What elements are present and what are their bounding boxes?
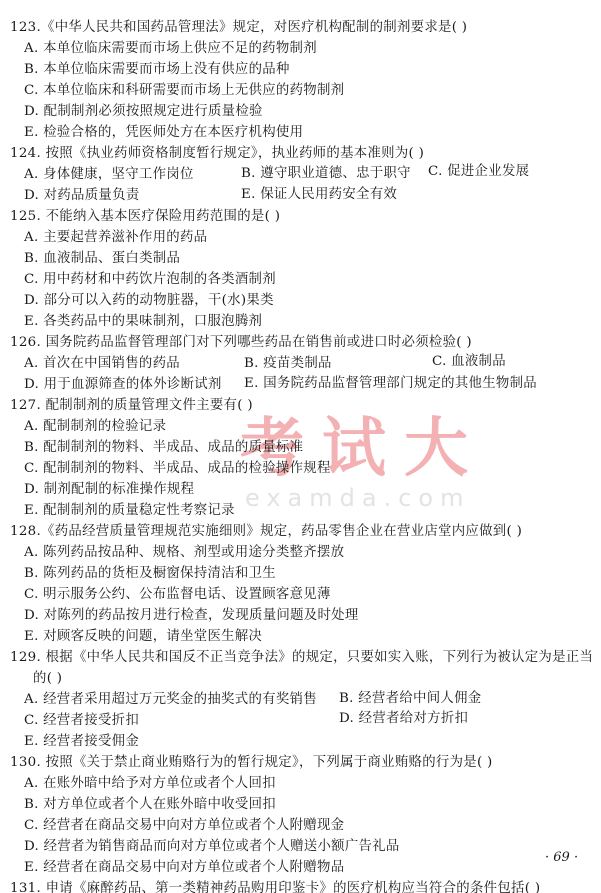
question-128-option-c: C. 明示服务公约、公布监督电话、设置顾客意见薄	[24, 584, 331, 605]
question-123-option-e: E. 检验合格的，凭医师处方在本医疗机构使用	[24, 122, 303, 143]
question-131-stem: 131. 申请《麻醉药品、第一类精神药品购用印鉴卡》的医疗机构应当符合的条件包括…	[10, 878, 540, 893]
question-130-stem: 130. 按照《关于禁止商业贿赂行为的暂行规定》，下列属于商业贿赂的行为是( )	[10, 752, 493, 773]
question-130-option-b: B. 对方单位或者个人在账外暗中收受回扣	[24, 794, 276, 815]
question-128-option-e: E. 对顾客反映的问题，请坐堂医生解决	[24, 626, 262, 647]
question-126-stem: 126. 国务院药品监督管理部门对下列哪些药品在销售前或进口时必须检验( )	[10, 332, 472, 353]
question-128-option-d: D. 对陈列的药品按月进行检查，发现质量问题及时处理	[24, 605, 359, 626]
question-126-option-e: E. 国务院药品监督管理部门规定的其他生物制品	[244, 373, 537, 394]
question-123-option-a: A. 本单位临床需要而市场上供应不足的药物制剂	[24, 38, 317, 59]
question-123-option-b: B. 本单位临床需要而市场上没有供应的品种	[24, 59, 290, 80]
question-125-option-d: D. 部分可以入药的动物脏器，干(水)果类	[24, 290, 274, 311]
question-127-option-c: C. 配制制剂的物料、半成品、成品的检验操作规程	[24, 458, 331, 479]
question-124-option-c: C. 促进企业发展	[428, 161, 529, 182]
question-129-option-e: E. 经营者接受佣金	[24, 731, 139, 752]
question-124-option-a: A. 身体健康，坚守工作岗位	[24, 164, 194, 185]
question-126-option-b: B. 疫苗类制品	[244, 353, 332, 374]
question-125-option-b: B. 血液制品、蛋白类制品	[24, 248, 180, 269]
question-129-option-b: B. 经营者给中间人佣金	[339, 688, 481, 709]
question-124-option-d: D. 对药品质量负责	[24, 185, 140, 206]
document-page: 考试大 examda.com 123.《中华人民共和国药品管理法》规定，对医疗机…	[0, 0, 601, 893]
question-126-option-c: C. 血液制品	[432, 351, 506, 372]
question-124-option-e: E. 保证人民用药安全有效	[241, 184, 397, 205]
question-129-stem-continued: 的( )	[33, 668, 62, 689]
question-128-option-b: B. 陈列药品的货柜及橱窗保持清洁和卫生	[24, 563, 276, 584]
question-129-option-a: A. 经营者采用超过万元奖金的抽奖式的有奖销售	[24, 689, 317, 710]
question-127-option-d: D. 制剂配制的标准操作规程	[24, 479, 194, 500]
question-129-option-c: C. 经营者接受折扣	[24, 710, 139, 731]
question-125-stem: 125. 不能纳入基本医疗保险用药范围的是( )	[10, 206, 280, 227]
question-130-option-d: D. 经营者为销售商品而向对方单位或者个人赠送小额广告礼品	[24, 836, 400, 857]
question-130-option-c: C. 经营者在商品交易中向对方单位或者个人附赠现金	[24, 815, 344, 836]
question-127-option-e: E. 配制制剂的质量稳定性考察记录	[24, 500, 235, 521]
question-123-option-d: D. 配制制剂必须按照规定进行质量检验	[24, 101, 263, 122]
question-127-option-a: A. 配制制剂的检验记录	[24, 416, 166, 437]
question-124-stem: 124. 按照《执业药师资格制度暂行规定》，执业药师的基本准则为( )	[10, 143, 424, 164]
question-129-stem: 129. 根据《中华人民共和国反不正当竞争法》的规定，只要如实入账，下列行为被认…	[10, 647, 593, 668]
question-list: 123.《中华人民共和国药品管理法》规定，对医疗机构配制的制剂要求是( ) A.…	[0, 0, 601, 893]
question-128-option-a: A. 陈列药品按品种、规格、剂型或用途分类整齐摆放	[24, 542, 344, 563]
question-123-stem: 123.《中华人民共和国药品管理法》规定，对医疗机构配制的制剂要求是( )	[10, 17, 467, 38]
question-126-option-a: A. 首次在中国销售的药品	[24, 353, 180, 374]
question-124-option-b: B. 遵守职业道德、忠于职守	[241, 163, 411, 184]
question-129-option-d: D. 经营者给对方折扣	[339, 708, 468, 729]
question-125-option-c: C. 用中药材和中药饮片泡制的各类酒制剂	[24, 269, 276, 290]
question-125-option-e: E. 各类药品中的果味制剂，口服泡腾剂	[24, 311, 262, 332]
question-123-option-c: C. 本单位临床和科研需要而市场上无供应的药物制剂	[24, 80, 344, 101]
question-125-option-a: A. 主要起营养滋补作用的药品	[24, 227, 207, 248]
question-127-stem: 127. 配制制剂的质量管理文件主要有( )	[10, 395, 253, 416]
question-128-stem: 128.《药品经营质量管理规范实施细则》规定，药品零售企业在营业店堂内应做到( …	[10, 521, 522, 542]
question-130-option-e: E. 经营者在商品交易中向对方单位或者个人附赠物品	[24, 857, 344, 878]
question-127-option-b: B. 配制制剂的物料、半成品、成品的质量标准	[24, 437, 303, 458]
question-126-option-d: D. 用于血源筛查的体外诊断试剂	[24, 374, 222, 395]
question-130-option-a: A. 在账外暗中给予对方单位或者个人回扣	[24, 773, 276, 794]
page-number: · 69 ·	[545, 850, 578, 866]
